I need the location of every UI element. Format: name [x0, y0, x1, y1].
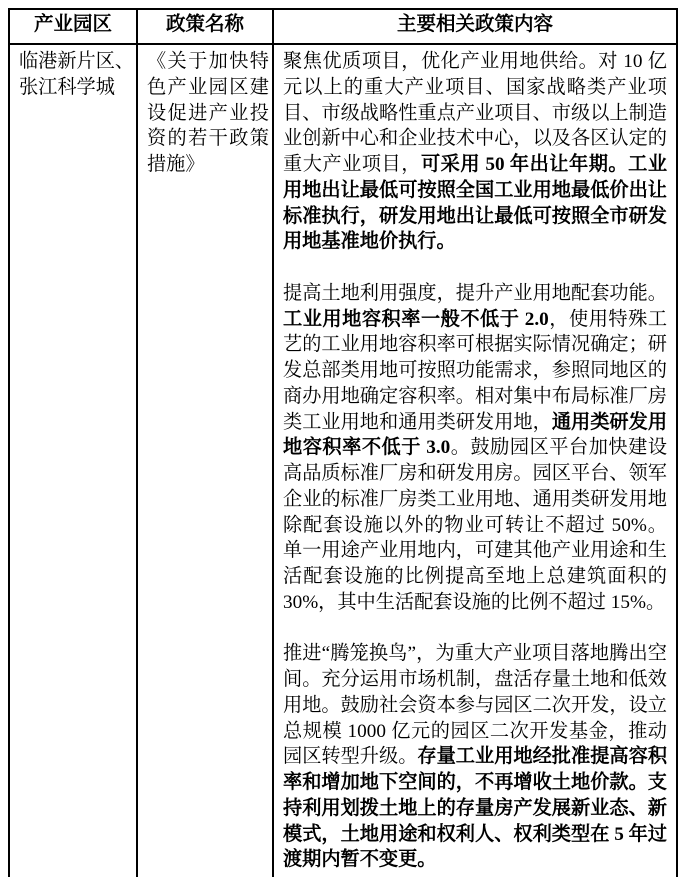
policy-text-run: 提高土地利用强度，提升产业用地配套功能。 [283, 283, 667, 304]
header-policy-name: 政策名称 [137, 9, 273, 44]
policy-text-run: 。鼓励园区平台加快建设高品质标准厂房和研发用房。园区平台、领军企业的标准厂房类工… [283, 437, 667, 613]
document-page: 产业园区 政策名称 主要相关政策内容 临港新片区、张江科学城 《关于加快特色产业… [0, 0, 690, 877]
policy-table: 产业园区 政策名称 主要相关政策内容 临港新片区、张江科学城 《关于加快特色产业… [8, 8, 678, 877]
industrial-park-text: 临港新片区、张江科学城 [19, 49, 135, 101]
policy-content-paragraphs: 聚焦优质项目，优化产业用地供给。对 10 亿元以上的重大产业项目、国家战略类产业… [283, 49, 667, 873]
table-row: 临港新片区、张江科学城 《关于加快特色产业园区建设促进产业投资的若干政策措施》 … [9, 44, 677, 877]
policy-paragraph: 提高土地利用强度，提升产业用地配套功能。工业用地容积率一般不低于 2.0，使用特… [283, 281, 667, 616]
header-row: 产业园区 政策名称 主要相关政策内容 [9, 9, 677, 44]
policy-text-bold-run: 工业用地容积率一般不低于 2.0 [283, 309, 549, 330]
policy-paragraph: 聚焦优质项目，优化产业用地供给。对 10 亿元以上的重大产业项目、国家战略类产业… [283, 49, 667, 255]
policy-paragraph: 推进“腾笼换鸟”，为重大产业项目落地腾出空间。充分运用市场机制，盘活存量土地和低… [283, 641, 667, 873]
cell-policy-name: 《关于加快特色产业园区建设促进产业投资的若干政策措施》 [137, 44, 273, 877]
header-industrial-park: 产业园区 [9, 9, 137, 44]
policy-name-text: 《关于加快特色产业园区建设促进产业投资的若干政策措施》 [147, 49, 269, 178]
cell-industrial-park: 临港新片区、张江科学城 [9, 44, 137, 877]
header-policy-content: 主要相关政策内容 [273, 9, 677, 44]
cell-policy-content: 聚焦优质项目，优化产业用地供给。对 10 亿元以上的重大产业项目、国家战略类产业… [273, 44, 677, 877]
